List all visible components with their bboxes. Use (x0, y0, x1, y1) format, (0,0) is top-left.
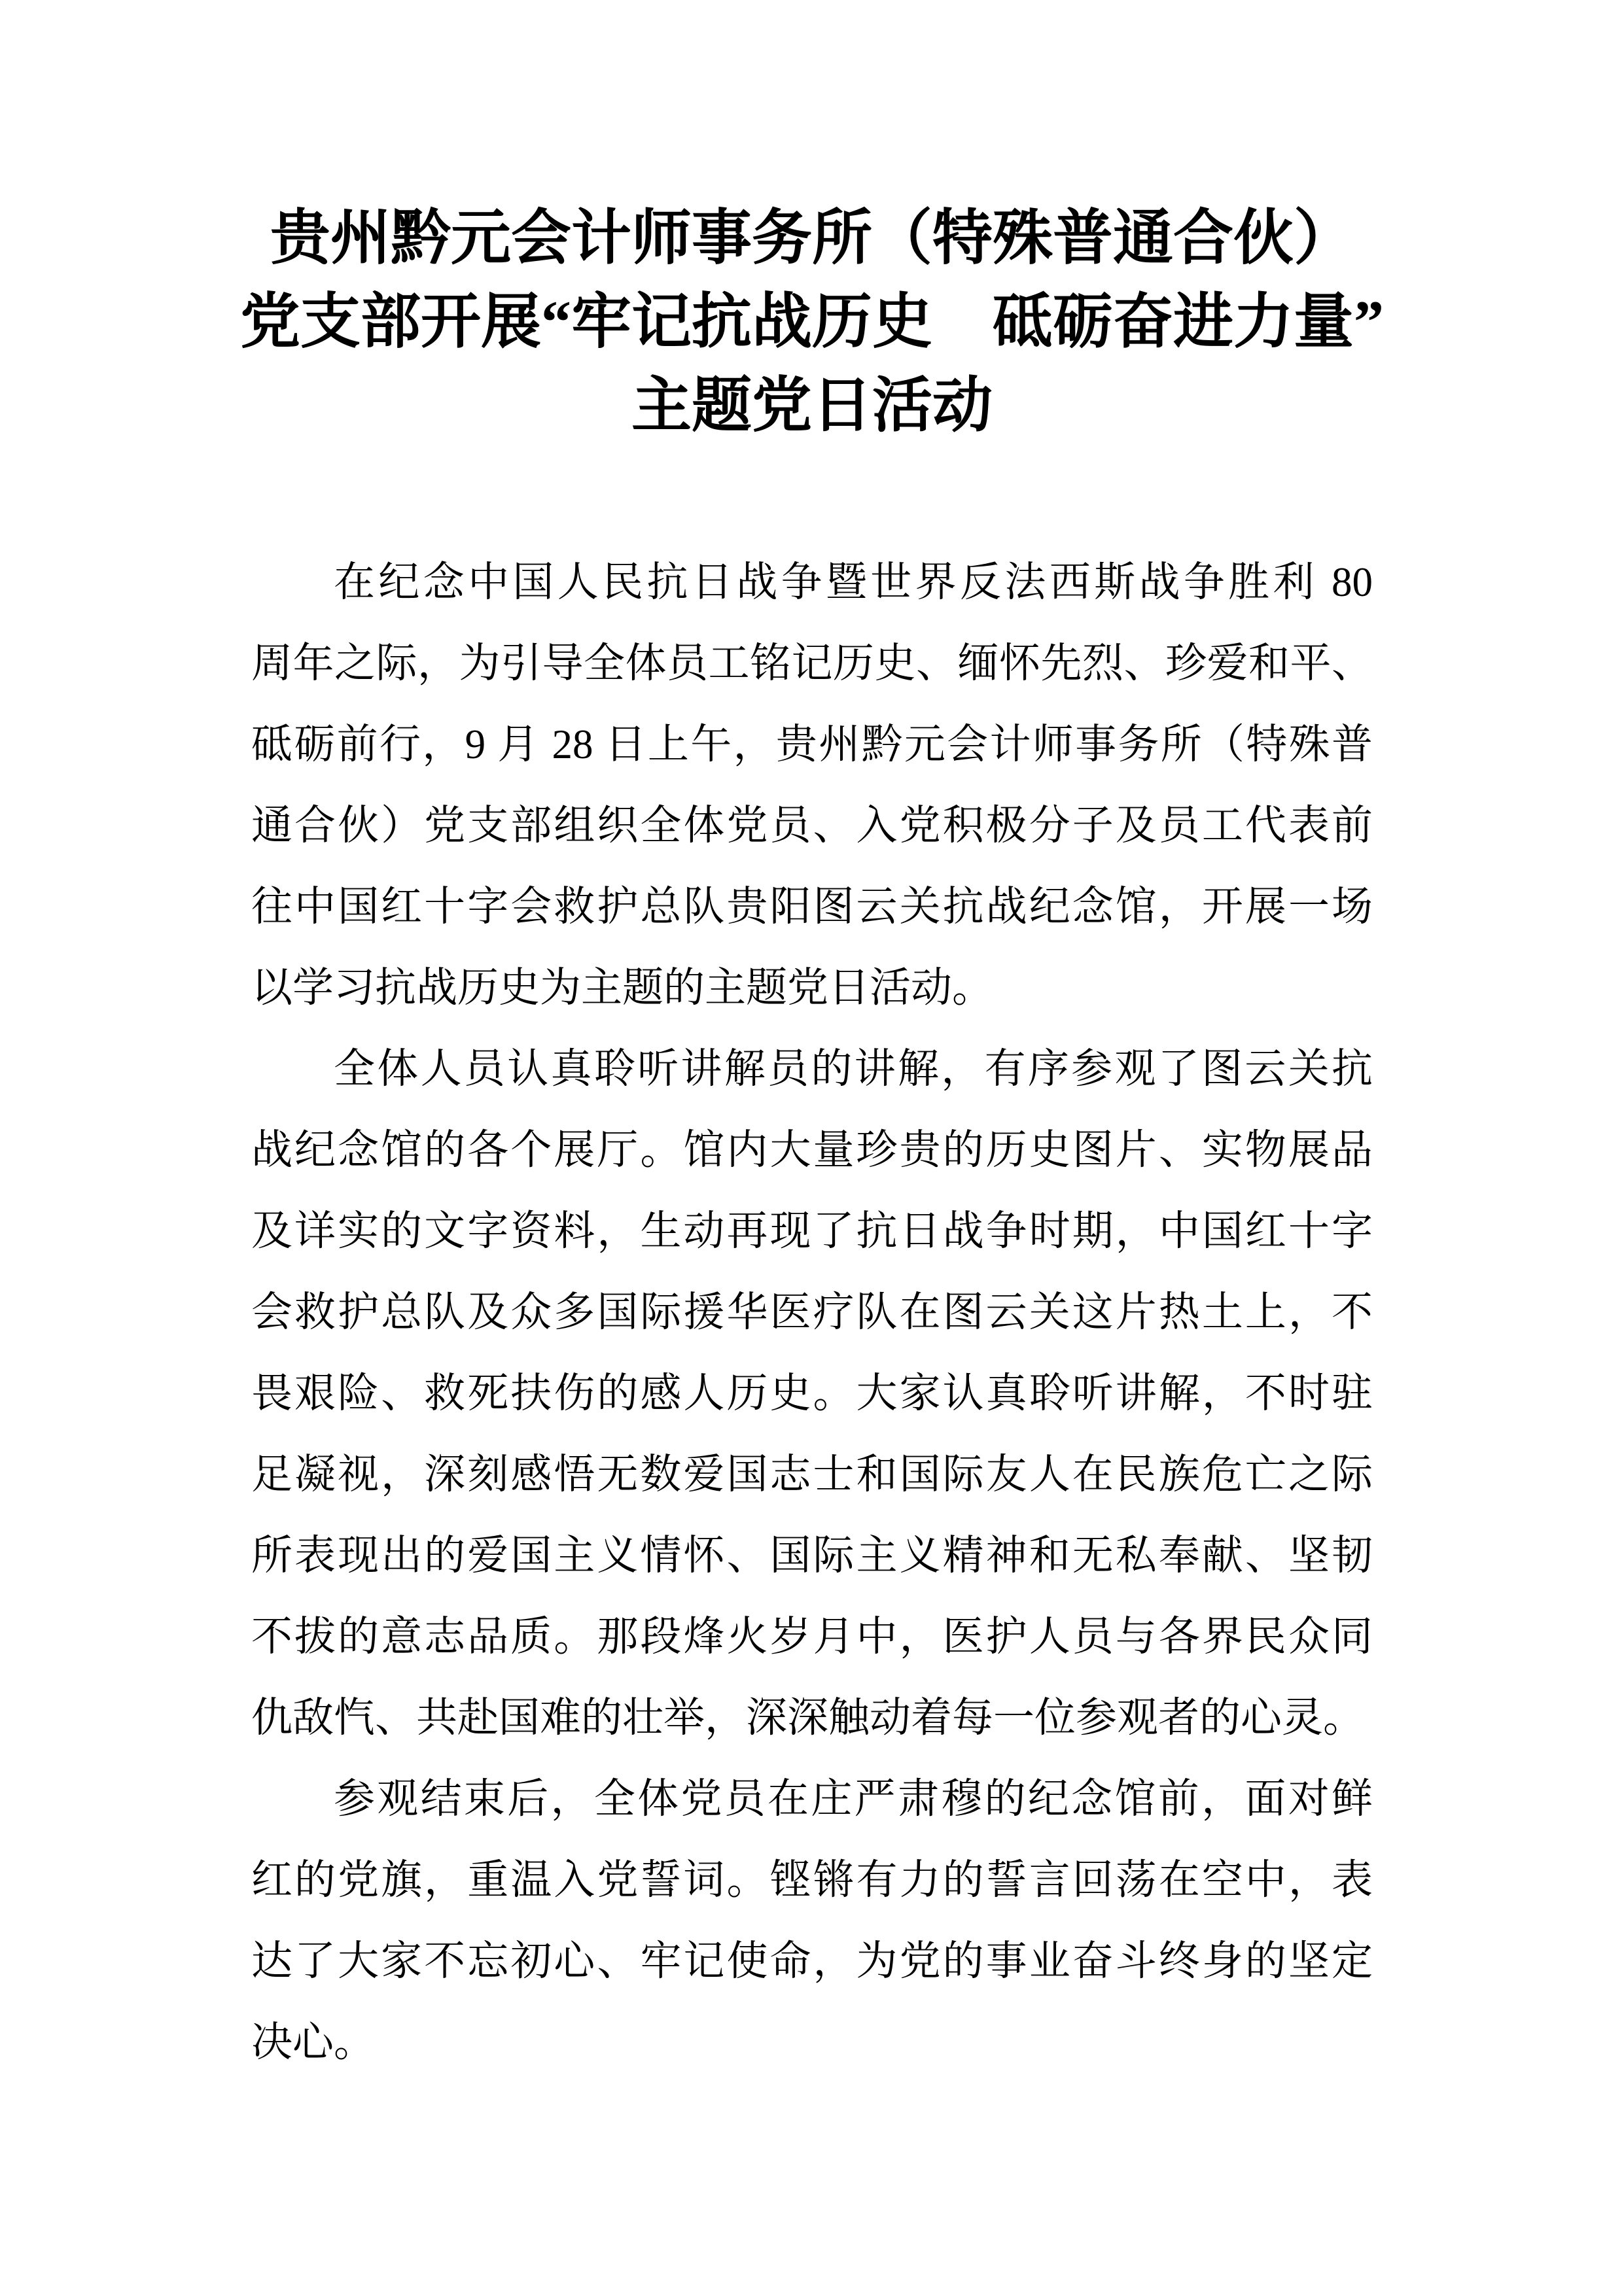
paragraph-2-line-7: 所表现出的爱国主义情怀、国际主义精神和无私奉献、坚韧 (251, 1515, 1373, 1596)
title-line-3: 主题党日活动 (0, 364, 1624, 447)
paragraph-1-line-1: 在纪念中国人民抗日战争暨世界反法西斯战争胜利 80 (251, 542, 1373, 623)
paragraph-1-line-4: 通合伙）党支部组织全体党员、入党积极分子及员工代表前 (251, 785, 1373, 866)
paragraph-2-line-4: 会救护总队及众多国际援华医疗队在图云关这片热土上，不 (251, 1272, 1373, 1353)
document-body: 在纪念中国人民抗日战争暨世界反法西斯战争胜利 80 周年之际，为引导全体员工铭记… (251, 542, 1373, 2083)
paragraph-2-line-2: 战纪念馆的各个展厅。馆内大量珍贵的历史图片、实物展品 (251, 1109, 1373, 1191)
paragraph-2-line-5: 畏艰险、救死扶伤的感人历史。大家认真聆听讲解，不时驻 (251, 1353, 1373, 1434)
document-title: 贵州黔元会计师事务所（特殊普通合伙） 党支部开展“牢记抗战历史 砥砺奋进力量” … (0, 196, 1624, 447)
paragraph-1-line-3: 砥砺前行，9 月 28 日上午，贵州黔元会计师事务所（特殊普 (251, 704, 1373, 785)
title-line-1: 贵州黔元会计师事务所（特殊普通合伙） (0, 196, 1624, 280)
paragraph-1-line-5: 往中国红十字会救护总队贵阳图云关抗战纪念馆，开展一场 (251, 866, 1373, 947)
paragraph-1-line-6: 以学习抗战历史为主题的主题党日活动。 (251, 947, 1373, 1028)
document-page: 贵州黔元会计师事务所（特殊普通合伙） 党支部开展“牢记抗战历史 砥砺奋进力量” … (0, 0, 1624, 2296)
paragraph-2-line-6: 足凝视，深刻感悟无数爱国志士和国际友人在民族危亡之际 (251, 1434, 1373, 1515)
paragraph-3-line-1: 参观结束后，全体党员在庄严肃穆的纪念馆前，面对鲜 (251, 1758, 1373, 1839)
paragraph-2-line-9: 仇敌忾、共赴国难的壮举，深深触动着每一位参观者的心灵。 (251, 1677, 1373, 1758)
paragraph-2: 全体人员认真聆听讲解员的讲解，有序参观了图云关抗 战纪念馆的各个展厅。馆内大量珍… (251, 1028, 1373, 1758)
paragraph-1: 在纪念中国人民抗日战争暨世界反法西斯战争胜利 80 周年之际，为引导全体员工铭记… (251, 542, 1373, 1028)
paragraph-3-line-2: 红的党旗，重温入党誓词。铿锵有力的誓言回荡在空中，表 (251, 1839, 1373, 1921)
paragraph-3-line-4: 决心。 (251, 2002, 1373, 2083)
paragraph-3: 参观结束后，全体党员在庄严肃穆的纪念馆前，面对鲜 红的党旗，重温入党誓词。铿锵有… (251, 1758, 1373, 2083)
paragraph-2-line-3: 及详实的文字资料，生动再现了抗日战争时期，中国红十字 (251, 1191, 1373, 1272)
paragraph-1-line-2: 周年之际，为引导全体员工铭记历史、缅怀先烈、珍爱和平、 (251, 623, 1373, 704)
title-line-2: 党支部开展“牢记抗战历史 砥砺奋进力量” (0, 280, 1624, 364)
paragraph-3-line-3: 达了大家不忘初心、牢记使命，为党的事业奋斗终身的坚定 (251, 1921, 1373, 2002)
paragraph-2-line-1: 全体人员认真聆听讲解员的讲解，有序参观了图云关抗 (251, 1028, 1373, 1109)
paragraph-2-line-8: 不拔的意志品质。那段烽火岁月中，医护人员与各界民众同 (251, 1596, 1373, 1677)
